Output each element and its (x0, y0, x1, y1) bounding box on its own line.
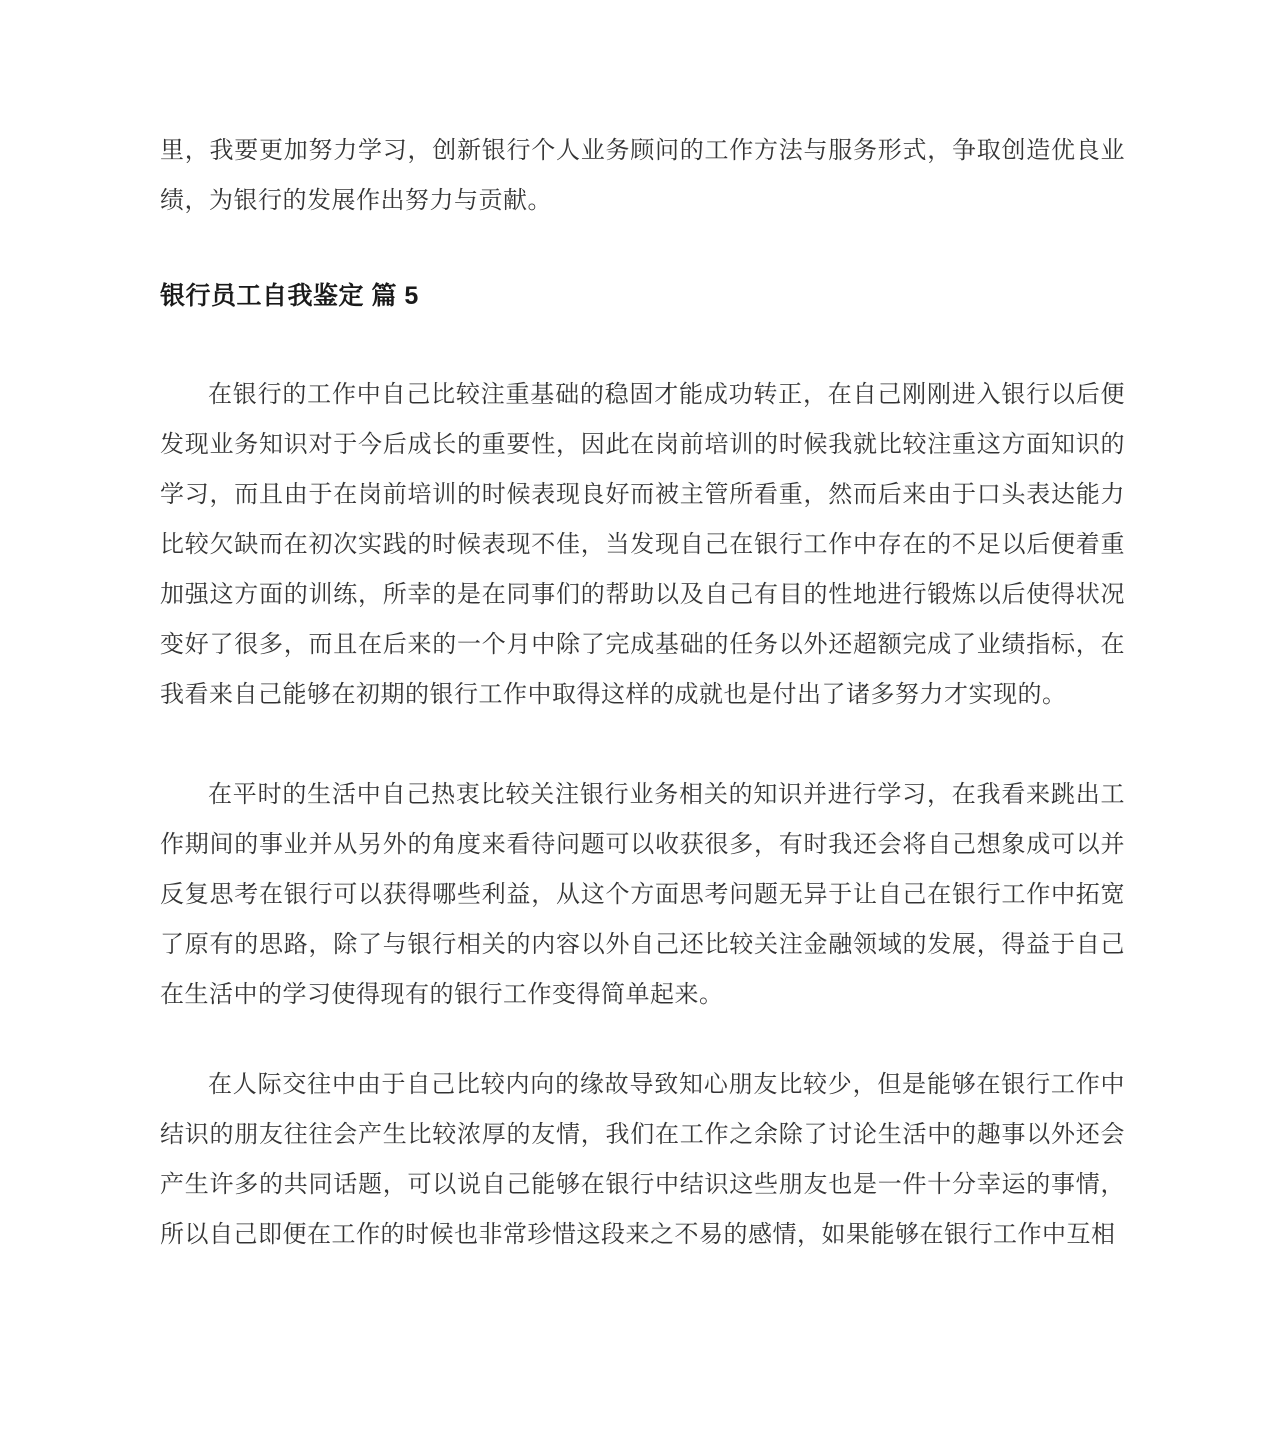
body-paragraph: 在人际交往中由于自己比较内向的缘故导致知心朋友比较少，但是能够在银行工作中结识的… (160, 1060, 1125, 1260)
document-page: 里，我要更加努力学习，创新银行个人业务顾问的工作方法与服务形式，争取创造优良业绩… (0, 0, 1280, 1430)
continuation-paragraph: 里，我要更加努力学习，创新银行个人业务顾问的工作方法与服务形式，争取创造优良业绩… (160, 126, 1125, 226)
section-heading: 银行员工自我鉴定 篇 5 (160, 278, 1125, 314)
body-paragraph: 在银行的工作中自己比较注重基础的稳固才能成功转正，在自己刚刚进入银行以后便发现业… (160, 370, 1125, 720)
body-paragraph: 在平时的生活中自己热衷比较关注银行业务相关的知识并进行学习，在我看来跳出工作期间… (160, 770, 1125, 1020)
